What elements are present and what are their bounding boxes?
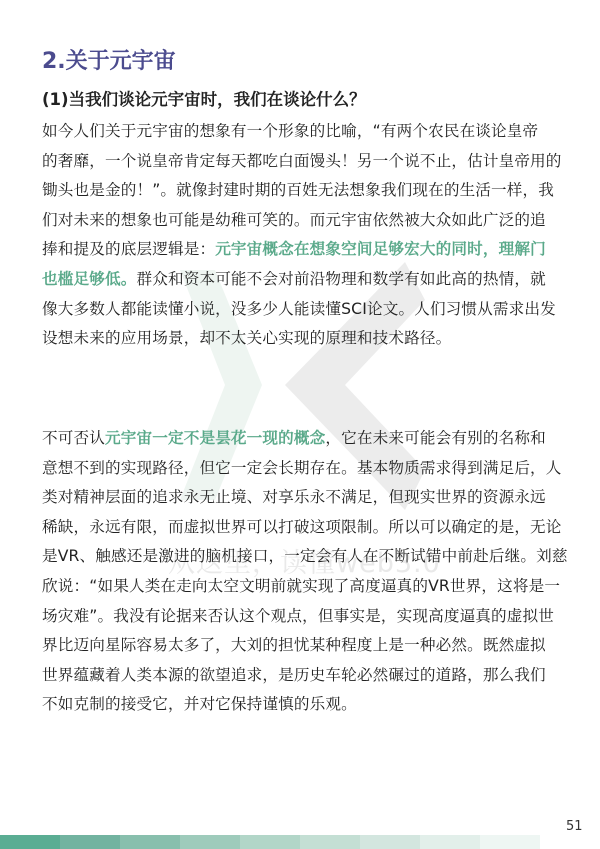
text-line: 不如克制的接受它，并对它保持谨慎的乐观。: [42, 690, 572, 720]
text-line: 的奢靡，一个说皇帝肯定每天都吃白面馒头！另一个说不止，估计皇帝用的: [42, 147, 572, 177]
text-line: 是VR、触感还是激进的脑机接口，一定会有人在不断试错中前赴后继。刘慈: [42, 542, 572, 572]
body-text: 捧和提及的底层逻辑是：: [42, 240, 215, 258]
body-text: 场灾难”。我没有论据来否认这个观点，但事实是，实现高度逼真的虚拟世: [42, 607, 554, 625]
text-line: 像大多数人都能读懂小说，没多少人能读懂SCI论文。人们习惯从需求出发: [42, 295, 572, 325]
text-line: 设想未来的应用场景，却不太关心实现的原理和技术路径。: [42, 324, 572, 354]
body-text: 意想不到的实现路径，但它一定会长期存在。基本物质需求得到满足后，人: [42, 459, 562, 477]
footer-bar-segment: [120, 835, 180, 849]
section-subheading: (1)当我们谈论元宇宙时，我们在谈论什么？: [42, 86, 366, 110]
page-number: 51: [566, 819, 583, 834]
text-line: 们对未来的想象也可能是幼稚可笑的。而元宇宙依然被大众如此广泛的追: [42, 206, 572, 236]
body-text: 像大多数人都能读懂小说，没多少人能读懂SCI论文。人们习惯从需求出发: [42, 300, 556, 318]
body-text: 如今人们关于元宇宙的想象有一个形象的比喻，“有两个农民在谈论皇帝: [42, 122, 538, 140]
body-text: ，它在未来可能会有别的名称和: [325, 429, 545, 447]
text-line: 意想不到的实现路径，但它一定会长期存在。基本物质需求得到满足后，人: [42, 454, 572, 484]
text-line: 类对精神层面的追求永无止境、对享乐永不满足，但现实世界的资源永远: [42, 483, 572, 513]
paragraph-2: 不可否认元宇宙一定不是昙花一现的概念，它在未来可能会有别的名称和意想不到的实现路…: [42, 424, 572, 720]
text-line: 欣说：“如果人类在走向太空文明前就实现了高度逼真的VR世界，这将是一: [42, 572, 572, 602]
body-text: 们对未来的想象也可能是幼稚可笑的。而元宇宙依然被大众如此广泛的追: [42, 211, 546, 229]
text-line: 界比迈向星际容易太多了，大刘的担忧某种程度上是一种必然。既然虚拟: [42, 631, 572, 661]
footer-bar-segment: [360, 835, 420, 849]
body-text: 界比迈向星际容易太多了，大刘的担忧某种程度上是一种必然。既然虚拟: [42, 636, 546, 654]
body-text: 类对精神层面的追求永无止境、对享乐永不满足，但现实世界的资源永远: [42, 488, 546, 506]
text-line: 捧和提及的底层逻辑是：元宇宙概念在想象空间足够宏大的同时，理解门: [42, 235, 572, 265]
text-line: 锄头也是金的！”。就像封建时期的百姓无法想象我们现在的生活一样，我: [42, 176, 572, 206]
text-line: 稀缺，永远有限，而虚拟世界可以打破这项限制。所以可以确定的是，无论: [42, 513, 572, 543]
footer-gradient-bar: [0, 835, 540, 849]
section-heading: 2.关于元宇宙: [42, 44, 176, 75]
highlighted-text: 也槛足够低。: [42, 270, 136, 288]
body-text: 设想未来的应用场景，却不太关心实现的原理和技术路径。: [42, 329, 451, 347]
footer-bar-segment: [420, 835, 480, 849]
highlighted-text: 元宇宙一定不是昙花一现的概念: [105, 429, 325, 447]
footer-bar-segment: [180, 835, 240, 849]
footer-bar-segment: [300, 835, 360, 849]
footer-bar-segment: [60, 835, 120, 849]
text-line: 不可否认元宇宙一定不是昙花一现的概念，它在未来可能会有别的名称和: [42, 424, 572, 454]
footer-bar-segment: [480, 835, 540, 849]
body-text: 不如克制的接受它，并对它保持谨慎的乐观。: [42, 695, 357, 713]
text-line: 也槛足够低。群众和资本可能不会对前沿物理和数学有如此高的热情，就: [42, 265, 572, 295]
footer-bar-segment: [240, 835, 300, 849]
body-text: 稀缺，永远有限，而虚拟世界可以打破这项限制。所以可以确定的是，无论: [42, 518, 562, 536]
text-line: 世界蕴藏着人类本源的欲望追求，是历史车轮必然碾过的道路，那么我们: [42, 661, 572, 691]
body-text: 是VR、触感还是激进的脑机接口，一定会有人在不断试错中前赴后继。刘慈: [42, 547, 568, 565]
text-line: 如今人们关于元宇宙的想象有一个形象的比喻，“有两个农民在谈论皇帝: [42, 117, 572, 147]
body-text: 群众和资本可能不会对前沿物理和数学有如此高的热情，就: [136, 270, 545, 288]
body-text: 的奢靡，一个说皇帝肯定每天都吃白面馒头！另一个说不止，估计皇帝用的: [42, 152, 562, 170]
body-text: 不可否认: [42, 429, 105, 447]
text-line: 场灾难”。我没有论据来否认这个观点，但事实是，实现高度逼真的虚拟世: [42, 602, 572, 632]
body-text: 锄头也是金的！”。就像封建时期的百姓无法想象我们现在的生活一样，我: [42, 181, 554, 199]
footer-bar-segment: [0, 835, 60, 849]
body-text: 欣说：“如果人类在走向太空文明前就实现了高度逼真的VR世界，这将是一: [42, 577, 560, 595]
body-text: 世界蕴藏着人类本源的欲望追求，是历史车轮必然碾过的道路，那么我们: [42, 666, 546, 684]
paragraph-1: 如今人们关于元宇宙的想象有一个形象的比喻，“有两个农民在谈论皇帝的奢靡，一个说皇…: [42, 117, 572, 354]
highlighted-text: 元宇宙概念在想象空间足够宏大的同时，理解门: [215, 240, 546, 258]
